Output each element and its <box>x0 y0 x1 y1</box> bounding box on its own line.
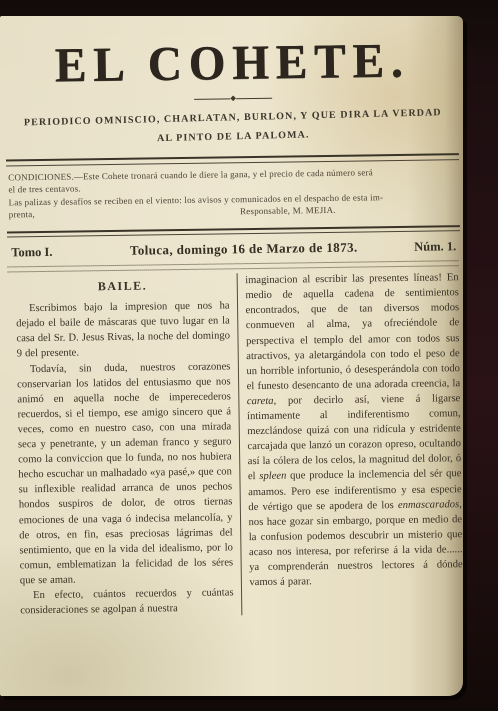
paragraph: Escribimos bajo la impresion que nos ha … <box>16 299 230 362</box>
ornament-line-right <box>236 97 272 99</box>
column-right: imaginacion al escribir las presentes lí… <box>236 270 463 615</box>
ornament-line-left <box>194 98 230 100</box>
paragraph: En efecto, cuántos recuerdos y cuántas c… <box>20 585 234 618</box>
dateline-date: Toluca, domingo 16 de Marzo de 1873. <box>101 239 386 259</box>
paragraph: Todavía, sin duda, nuestros corazones co… <box>17 359 234 588</box>
photo-background: EL COHETE. PERIODICO OMNISCIO, CHARLATAN… <box>0 0 498 711</box>
dateline: Tomo I. Toluca, domingo 16 de Marzo de 1… <box>11 238 456 260</box>
diamond-icon <box>230 95 236 101</box>
paper-subtitle: PERIODICO OMNISCIO, CHARLATAN, BURLON, Y… <box>1 103 465 152</box>
dateline-number: Núm. 1. <box>386 239 456 255</box>
ornament-rule <box>194 96 272 101</box>
conditions-block: CONDICIONES.—Este Cohete tronará cuando … <box>8 165 456 221</box>
rule-top <box>6 153 459 166</box>
article-columns: BAILE. Escribimos bajo la impresion que … <box>16 270 464 618</box>
newspaper-page: EL COHETE. PERIODICO OMNISCIO, CHARLATAN… <box>0 16 463 696</box>
column-left: BAILE. Escribimos bajo la impresion que … <box>16 273 241 618</box>
paragraph: imaginacion al escribir las presentes lí… <box>245 270 463 590</box>
conditions-imprenta: prenta, <box>9 208 35 221</box>
printed-content: EL COHETE. PERIODICO OMNISCIO, CHARLATAN… <box>0 13 472 699</box>
dateline-tomo: Tomo I. <box>11 244 101 260</box>
rule-above-dateline <box>7 225 460 238</box>
paper-title: EL COHETE. <box>0 32 464 95</box>
responsible-credit: Responsable, M. MEJIA. <box>240 204 336 218</box>
column-right-text: imaginacion al escribir las presentes lí… <box>245 270 463 590</box>
column-left-text: Escribimos bajo la impresion que nos ha … <box>16 299 234 619</box>
masthead: EL COHETE. PERIODICO OMNISCIO, CHARLATAN… <box>0 33 464 149</box>
article-heading: BAILE. <box>16 278 230 296</box>
